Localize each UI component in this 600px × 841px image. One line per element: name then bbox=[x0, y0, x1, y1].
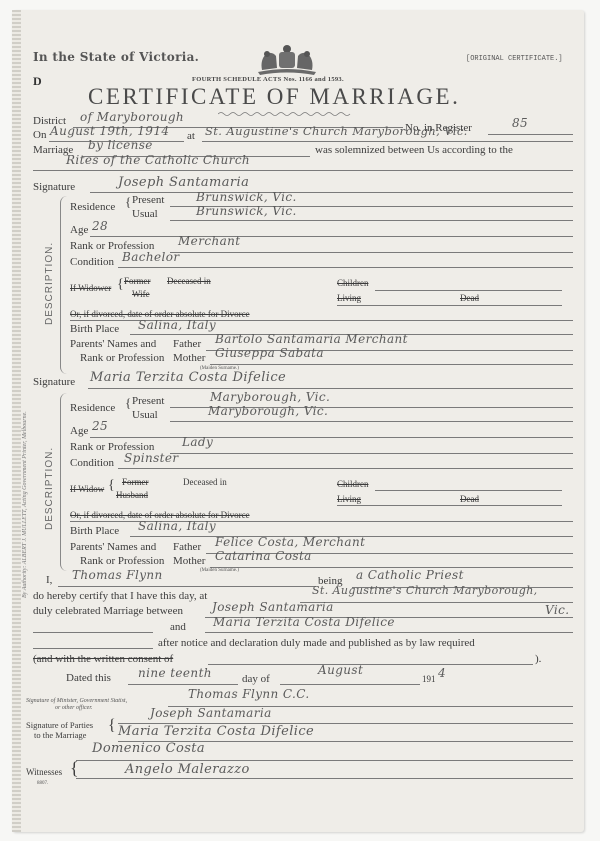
party1-signature: Joseph Santamaria bbox=[150, 706, 272, 720]
celebrated-text: duly celebrated Marriage between bbox=[33, 605, 183, 617]
groom-age-label: Age bbox=[70, 224, 88, 236]
bride-condition-label: Condition bbox=[70, 457, 114, 469]
groom-condition-value: Bachelor bbox=[122, 250, 180, 264]
groom-usual-value: Brunswick, Vic. bbox=[196, 204, 297, 218]
witness1-signature: Domenico Costa bbox=[92, 741, 205, 756]
party1-value: Joseph Santamaria bbox=[212, 600, 334, 614]
bride-age-line bbox=[90, 437, 573, 438]
bride-widow-label: If Widow bbox=[70, 484, 104, 494]
groom-description-label: DESCRIPTION. bbox=[44, 242, 55, 325]
day-line bbox=[128, 684, 238, 685]
bride-description-bracket bbox=[60, 393, 67, 571]
witnesses-label: Witnesses bbox=[26, 767, 62, 777]
bride-parents-label: Parents' Names and bbox=[70, 541, 156, 553]
month-value: August bbox=[318, 663, 363, 677]
bride-mother-label: Mother bbox=[173, 555, 205, 567]
bride-description-label: DESCRIPTION. bbox=[44, 447, 55, 530]
groom-age-line bbox=[90, 236, 573, 237]
rites-value: Rites of the Catholic Church bbox=[66, 153, 250, 167]
groom-mother-label: Mother bbox=[173, 352, 205, 364]
groom-widower-label: If Widower bbox=[70, 283, 111, 293]
bride-spouse-label: Husband bbox=[116, 490, 148, 500]
groom-living-line bbox=[337, 305, 562, 306]
groom-description-bracket bbox=[60, 196, 67, 374]
brace-icon: { bbox=[125, 395, 131, 411]
i-label: I, bbox=[46, 574, 52, 586]
bride-rank-value: Lady bbox=[182, 435, 213, 449]
groom-parents-label: Parents' Names and bbox=[70, 338, 156, 350]
groom-living-label: Living bbox=[337, 293, 361, 303]
minister-label-2: or other officer. bbox=[55, 705, 93, 711]
bride-living-line bbox=[337, 505, 562, 506]
at-label: at bbox=[187, 130, 195, 142]
district-value: of Maryborough bbox=[80, 110, 184, 124]
coat-of-arms-icon bbox=[254, 42, 320, 76]
notice-left-line bbox=[33, 648, 153, 649]
groom-condition-line bbox=[118, 267, 573, 268]
groom-present-value: Brunswick, Vic. bbox=[196, 190, 297, 204]
bride-children-label: Children bbox=[337, 479, 369, 489]
form-number: 8807. bbox=[37, 781, 48, 786]
bride-age-value: 25 bbox=[92, 419, 108, 433]
page-title: CERTIFICATE OF MARRIAGE. bbox=[88, 84, 460, 110]
bride-rank-line bbox=[170, 453, 573, 454]
groom-dead-label: Dead bbox=[460, 293, 479, 303]
certify-text: do hereby certify that I have this day, … bbox=[33, 590, 207, 602]
officiant-role-value: a Catholic Priest bbox=[356, 568, 464, 582]
groom-rank-line bbox=[170, 252, 573, 253]
and-left-line bbox=[33, 632, 153, 633]
bride-condition-value: Spinster bbox=[124, 451, 179, 465]
consent-line bbox=[208, 664, 533, 665]
certify-place-value: St. Augustine's Church Maryborough, bbox=[312, 584, 538, 597]
witness1-line bbox=[76, 760, 573, 761]
groom-deceased-label: Deceased in bbox=[167, 276, 211, 286]
bride-dead-label: Dead bbox=[460, 494, 479, 504]
bride-signature-line bbox=[88, 388, 573, 389]
bride-signature-value: Maria Terzita Costa Difelice bbox=[90, 370, 286, 385]
bride-usual-line bbox=[170, 421, 573, 422]
groom-age-value: 28 bbox=[92, 219, 108, 233]
groom-children-line bbox=[375, 290, 562, 291]
brace-icon: { bbox=[108, 717, 116, 735]
bride-birthplace-value: Salina, Italy bbox=[138, 519, 216, 533]
groom-parents-rank-label: Rank or Profession bbox=[80, 352, 164, 364]
groom-condition-label: Condition bbox=[70, 256, 114, 268]
decorative-flourish bbox=[218, 111, 353, 117]
notice-text: after notice and declaration duly made a… bbox=[158, 637, 475, 649]
place-line bbox=[202, 141, 573, 142]
brace-icon: { bbox=[108, 478, 115, 494]
day-of-label: day of bbox=[242, 673, 270, 685]
printer-credit: By Authority: ALBERT J. MULLETT, Acting … bbox=[22, 328, 28, 598]
rites-line bbox=[33, 170, 573, 171]
register-line bbox=[488, 134, 573, 135]
brace-icon: { bbox=[70, 758, 79, 779]
witness2-line bbox=[76, 778, 573, 779]
party2-line bbox=[205, 632, 573, 633]
schedule-reference: FOURTH SCHEDULE ACTS Nos. 1166 and 1593. bbox=[192, 76, 344, 83]
officiant-line bbox=[58, 586, 316, 587]
groom-signature-label: Signature bbox=[33, 181, 75, 193]
bride-children-line bbox=[375, 490, 562, 491]
year-prefix: 191 bbox=[422, 674, 436, 684]
state-heading: In the State of Victoria. bbox=[33, 50, 199, 64]
bride-present-label: Present bbox=[132, 395, 164, 407]
groom-residence-label: Residence bbox=[70, 201, 115, 213]
party2-signature: Maria Terzita Costa Difelice bbox=[118, 724, 314, 739]
form-letter: D bbox=[33, 74, 42, 89]
minister-label: Signature of Minister, Government Statis… bbox=[26, 698, 127, 704]
bride-deceased-label: Deceased in bbox=[183, 477, 227, 487]
groom-former-label: Former bbox=[124, 276, 151, 286]
perforated-edge bbox=[12, 10, 21, 832]
certify-place-line bbox=[300, 602, 573, 603]
groom-signature-line bbox=[90, 192, 573, 193]
groom-children-label: Children bbox=[337, 278, 369, 288]
bride-usual-value: Maryborough, Vic. bbox=[208, 404, 328, 418]
groom-mother-line bbox=[210, 364, 573, 365]
certify-place-cont: Vic. bbox=[545, 603, 569, 617]
consent-text: (and with the written consent of bbox=[33, 653, 173, 665]
marriage-type-value: by license bbox=[88, 138, 153, 152]
groom-mother-value: Giuseppa Sabata bbox=[215, 346, 324, 360]
bride-living-label: Living bbox=[337, 494, 361, 504]
consent-close: ). bbox=[535, 653, 541, 665]
groom-rank-value: Merchant bbox=[178, 234, 240, 248]
groom-father-label: Father bbox=[173, 338, 201, 350]
groom-birthplace-label: Birth Place bbox=[70, 323, 119, 335]
day-value: nine teenth bbox=[138, 666, 212, 680]
minister-signature-value: Thomas Flynn C.C. bbox=[188, 687, 310, 701]
brace-icon: { bbox=[125, 194, 131, 210]
bride-residence-label: Residence bbox=[70, 402, 115, 414]
bride-former-label: Former bbox=[122, 477, 149, 487]
register-value: 85 bbox=[512, 116, 528, 130]
groom-present-label: Present bbox=[132, 194, 164, 206]
bride-parents-rank-label: Rank or Profession bbox=[80, 555, 164, 567]
bride-present-value: Maryborough, Vic. bbox=[210, 390, 330, 404]
original-certificate-label: [ORIGINAL CERTIFICATE.] bbox=[466, 55, 563, 63]
bride-signature-label: Signature bbox=[33, 376, 75, 388]
groom-signature-value: Joseph Santamaria bbox=[118, 175, 249, 190]
bride-age-label: Age bbox=[70, 425, 88, 437]
bride-mother-value: Catarina Costa bbox=[215, 549, 312, 563]
bride-maiden-note: (Maiden Surname.) bbox=[200, 568, 239, 573]
on-label: On bbox=[33, 129, 46, 141]
bride-birthplace-label: Birth Place bbox=[70, 525, 119, 537]
bride-father-value: Felice Costa, Merchant bbox=[215, 535, 365, 549]
parties-label-2: to the Marriage bbox=[34, 730, 86, 740]
brace-icon: { bbox=[117, 277, 124, 293]
month-line bbox=[280, 684, 420, 685]
year-suffix: 4 bbox=[438, 666, 446, 680]
officiant-name-value: Thomas Flynn bbox=[72, 568, 163, 582]
groom-birthplace-value: Salina, Italy bbox=[138, 318, 216, 332]
and-label: and bbox=[170, 621, 186, 633]
solemnized-text: was solemnized between Us according to t… bbox=[315, 144, 513, 156]
parties-label: Signature of Parties bbox=[26, 720, 93, 730]
groom-father-value: Bartolo Santamaria Merchant bbox=[215, 332, 408, 346]
marriage-date-value: August 19th, 1914 bbox=[50, 124, 169, 138]
groom-usual-line bbox=[170, 220, 573, 221]
groom-spouse-label: Wife bbox=[132, 289, 150, 299]
witness2-signature: Angelo Malerazzo bbox=[125, 762, 250, 777]
marriage-place-value: St. Augustine's Church Maryborough, Vic. bbox=[205, 124, 468, 138]
groom-usual-label: Usual bbox=[132, 208, 158, 220]
party2-value: Maria Terzita Costa Difelice bbox=[213, 615, 395, 629]
bride-father-label: Father bbox=[173, 541, 201, 553]
bride-usual-label: Usual bbox=[132, 409, 158, 421]
dated-label: Dated this bbox=[66, 672, 111, 684]
bride-condition-line bbox=[118, 468, 573, 469]
